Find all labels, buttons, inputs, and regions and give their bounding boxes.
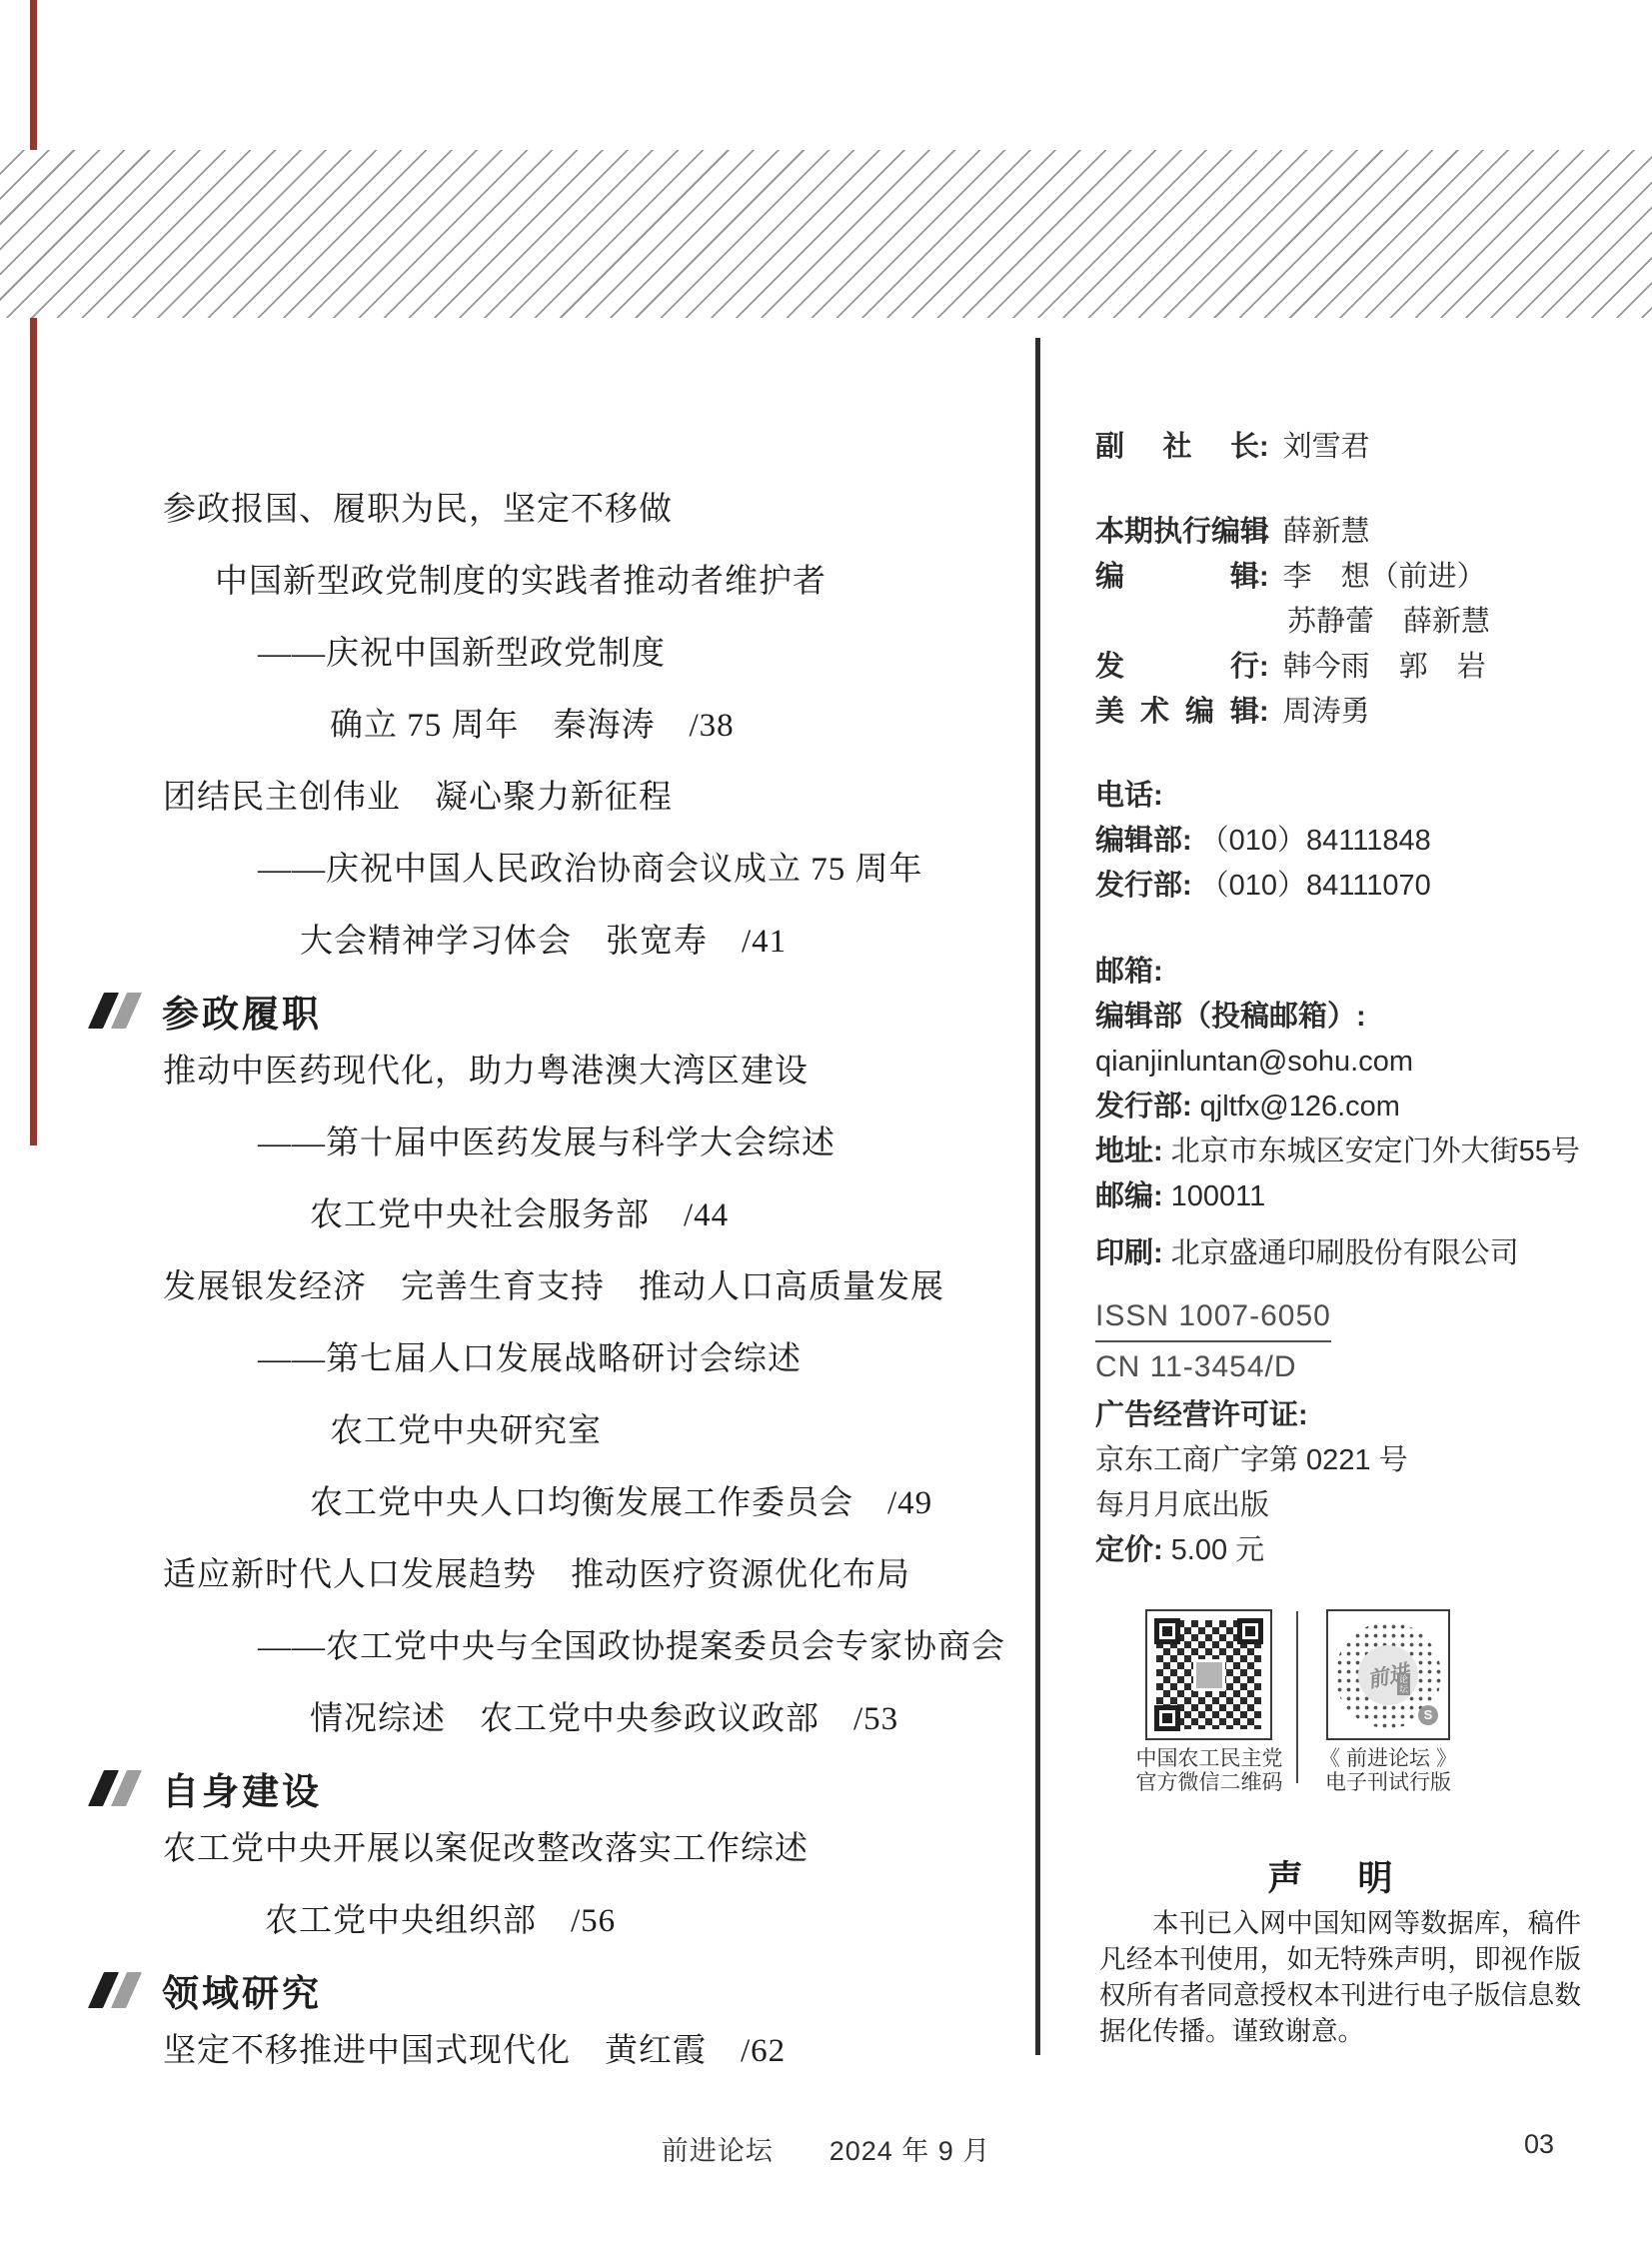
- toc-article3-subtitle: ——第十届中医药发展与科学大会综述: [258, 1123, 835, 1163]
- toc-article4-author2-page: 农工党中央人口均衡发展工作委员会 /49: [310, 1483, 932, 1523]
- toc-section-participation: 参政履职: [96, 984, 322, 1038]
- section-slash-icon: [96, 1770, 134, 1806]
- section-slash-icon: [96, 1972, 134, 2008]
- section-label: 领域研究: [162, 1963, 322, 2017]
- printer-value: 北京盛通印刷股份有限公司: [1171, 1237, 1519, 1269]
- mail-label: 发行部:: [1095, 1091, 1192, 1122]
- staff-label: 美术编辑: [1095, 690, 1259, 735]
- toc-article3-author-page: 农工党中央社会服务部 /44: [310, 1195, 729, 1235]
- publish-schedule: 每月月底出版: [1095, 1483, 1595, 1528]
- masthead-printer: 印刷:北京盛通印刷股份有限公司: [1095, 1231, 1595, 1276]
- qr-label-line: 《 前进论坛 》: [1309, 1747, 1467, 1771]
- qr-divider: [1296, 1611, 1298, 1783]
- toc-article1-title2: 中国新型政党制度的实践者推动者维护者: [215, 562, 826, 602]
- qr-label-line: 电子刊试行版: [1309, 1771, 1467, 1795]
- staff-row: 编辑李 想（前进）: [1095, 555, 1595, 600]
- wechat-qr-code: [1145, 1609, 1272, 1740]
- wechat-qr-label: 中国农工民主党 官方微信二维码: [1123, 1747, 1295, 1795]
- ejournal-qr-label: 《 前进论坛 》 电子刊试行版: [1309, 1747, 1467, 1795]
- masthead-staff: 副社长刘雪君 本期执行编辑薛新慧 编辑李 想（前进） 苏静蕾 薛新慧 发行韩今雨…: [1095, 425, 1595, 735]
- qr-finder-icon: [1154, 1618, 1180, 1644]
- page-number: 03: [1497, 2129, 1581, 2160]
- qr-pattern: [1156, 1620, 1261, 1729]
- toc-article4-subtitle: ——第七届人口发展战略研讨会综述: [258, 1339, 802, 1379]
- license-number: 京东工商广字第 0221 号: [1095, 1438, 1595, 1483]
- phone-value: （010）84111070: [1200, 870, 1431, 902]
- ejournal-qr-code: 前进 论坛 S: [1326, 1609, 1450, 1740]
- label-colon: [1259, 516, 1269, 548]
- address-value: 北京市东城区安定门外大街55号: [1171, 1135, 1580, 1167]
- toc-article5-author-page: 情况综述 农工党中央参政议政部 /53: [310, 1699, 898, 1739]
- staff-label: 发行: [1095, 645, 1259, 690]
- postcode-label: 邮编:: [1095, 1180, 1163, 1212]
- label-colon: [1259, 561, 1269, 593]
- qr-finder-icon: [1154, 1705, 1180, 1731]
- staff-label: 副社长: [1095, 425, 1259, 470]
- toc-article4-title: 发展银发经济 完善生育支持 推动人口高质量发展: [163, 1267, 944, 1307]
- qr-logo-subtext: 论坛: [1397, 1673, 1410, 1695]
- statement-heading: 声 明: [1095, 1851, 1575, 1901]
- masthead-phone: 电话: 编辑部:（010）84111848 发行部:（010）84111070: [1095, 774, 1595, 909]
- toc-article7-title-author-page: 坚定不移推进中国式现代化 黄红霞 /62: [163, 2031, 786, 2071]
- staff-value: 周涛勇: [1283, 696, 1370, 728]
- phone-heading: 电话:: [1095, 780, 1163, 812]
- section-slash-icon: [96, 993, 134, 1029]
- toc-article1-title: 参政报国、履职为民，坚定不移做: [163, 490, 673, 530]
- toc-article2-subtitle: ——庆祝中国人民政治协商会议成立 75 周年: [258, 850, 923, 890]
- toc-section-field-research: 领域研究: [96, 1963, 322, 2017]
- postcode-value: 100011: [1171, 1180, 1266, 1212]
- phone-value: （010）84111848: [1200, 825, 1431, 857]
- editor-email: qianjinluntan@sohu.com: [1095, 1046, 1413, 1078]
- toc-article5-title: 适应新时代人口发展趋势 推动医疗资源优化布局: [163, 1555, 910, 1595]
- license-heading: 广告经营许可证:: [1095, 1399, 1308, 1431]
- section-label: 参政履职: [162, 984, 322, 1038]
- phone-label: 发行部:: [1095, 870, 1192, 902]
- staff-value: 苏静蕾 薛新慧: [1287, 606, 1490, 638]
- column-divider: [1035, 338, 1040, 2055]
- staff-value: 薛新慧: [1283, 516, 1370, 548]
- toc-article6-author-page: 农工党中央组织部 /56: [265, 1901, 616, 1941]
- toc-article2-author-page: 大会精神学习体会 张宽寿 /41: [300, 922, 787, 962]
- mail-sub-heading: 编辑部（投稿邮箱）:: [1095, 1001, 1366, 1033]
- label-colon: [1259, 651, 1269, 683]
- toc-article5-subtitle: ——农工党中央与全国政协提案委员会专家协商会: [258, 1627, 1005, 1667]
- toc-article2-title: 团结民主创伟业 凝心聚力新征程: [163, 778, 673, 818]
- price-value: 5.00 元: [1171, 1534, 1265, 1566]
- staff-value: 韩今雨 郭 岩: [1283, 651, 1486, 683]
- hatch-band: [0, 150, 1652, 318]
- staff-label: 本期执行编辑: [1095, 510, 1259, 555]
- staff-value: 刘雪君: [1283, 431, 1370, 463]
- staff-label: 编辑: [1095, 555, 1259, 600]
- label-colon: [1259, 696, 1269, 728]
- qr-label-line: 官方微信二维码: [1123, 1771, 1295, 1795]
- toc-article1-author-page: 确立 75 周年 秦海涛 /38: [330, 706, 735, 746]
- label-colon: [1259, 431, 1269, 463]
- staff-row-continuation: 苏静蕾 薛新慧: [1095, 600, 1595, 645]
- toc-article3-title: 推动中医药现代化，助力粤港澳大湾区建设: [163, 1052, 809, 1092]
- price-label: 定价:: [1095, 1534, 1163, 1566]
- statement-body: 本刊已入网中国知网等数据库，稿件凡经本刊使用，如无特殊声明，即视作版权所有者同意…: [1099, 1905, 1581, 2049]
- staff-row: 本期执行编辑薛新慧: [1095, 510, 1595, 555]
- printer-label: 印刷:: [1095, 1237, 1163, 1269]
- toc-article6-title: 农工党中央开展以案促改整改落实工作综述: [163, 1829, 809, 1869]
- staff-row: 美术编辑周涛勇: [1095, 690, 1595, 735]
- qr-label-line: 中国农工民主党: [1123, 1747, 1295, 1771]
- masthead-license: 广告经营许可证: 京东工商广字第 0221 号 每月月底出版 定价:5.00 元: [1095, 1393, 1595, 1573]
- distribution-email: qjltfx@126.com: [1200, 1091, 1400, 1122]
- footer-journal-date: 前进论坛 2024 年 9 月: [0, 2129, 1652, 2168]
- staff-row: 发行韩今雨 郭 岩: [1095, 645, 1595, 690]
- issn-number: ISSN 1007-6050: [1095, 1299, 1331, 1342]
- qr-dot-pattern: 前进 论坛 S: [1335, 1622, 1441, 1728]
- toc-article1-subtitle: ——庆祝中国新型政党制度: [258, 634, 666, 674]
- phone-label: 编辑部:: [1095, 825, 1192, 857]
- cn-number: CN 11-3454/D: [1095, 1350, 1595, 1384]
- qr-center-logo: 前进 论坛: [1358, 1645, 1418, 1705]
- section-label: 自身建设: [162, 1761, 322, 1815]
- qr-s-badge-icon: S: [1418, 1705, 1438, 1725]
- staff-row: 副社长刘雪君: [1095, 425, 1595, 470]
- masthead-issn-block: ISSN 1007-6050 CN 11-3454/D: [1095, 1299, 1595, 1384]
- mail-heading: 邮箱:: [1095, 956, 1163, 988]
- toc-article4-author1: 农工党中央研究室: [330, 1411, 602, 1451]
- toc-section-self-building: 自身建设: [96, 1761, 322, 1815]
- qr-finder-icon: [1237, 1618, 1263, 1644]
- masthead-mail: 邮箱: 编辑部（投稿邮箱）: qianjinluntan@sohu.com 发行…: [1095, 950, 1595, 1219]
- staff-value: 李 想（前进）: [1283, 561, 1486, 593]
- address-label: 地址:: [1095, 1135, 1163, 1167]
- qr-center-logo: [1193, 1659, 1225, 1691]
